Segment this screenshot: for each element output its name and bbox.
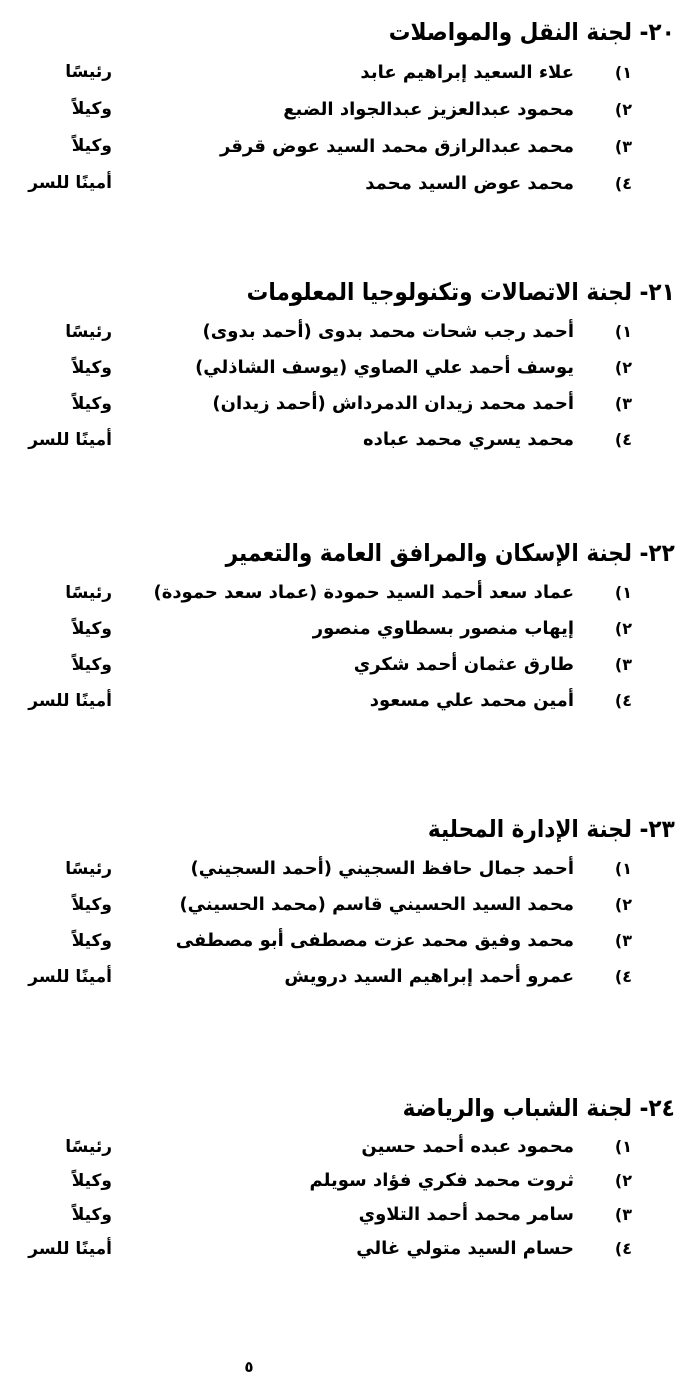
member-list: ١) علاء السعيد إبراهيم عابد رئيسًا ٢) مح… [0, 54, 700, 202]
member-role: أمينًا للسر [0, 422, 112, 458]
member-number: ٤) [574, 1232, 632, 1266]
member-name: محمد وفيق محمد عزت مصطفى أبو مصطفى [112, 923, 574, 959]
committee-section-24: ٢٤- لجنة الشباب والرياضة ١) محمود عبده أ… [0, 1090, 700, 1266]
member-name: محمد عبدالرازق محمد السيد عوض قرقر [112, 128, 574, 165]
member-number: ٤) [574, 165, 632, 202]
member-name: حسام السيد متولي غالي [112, 1232, 574, 1266]
member-name: عمرو أحمد إبراهيم السيد درويش [112, 959, 574, 995]
member-name: طارق عثمان أحمد شكري [112, 647, 574, 683]
member-name: محمود عبدالعزيز عبدالجواد الضبع [112, 91, 574, 128]
committee-title: ٢٢- لجنة الإسكان والمرافق العامة والتعمي… [70, 535, 700, 571]
member-row: ٣) محمد وفيق محمد عزت مصطفى أبو مصطفى وك… [0, 923, 700, 959]
member-number: ٤) [574, 959, 632, 995]
committee-section-22: ٢٢- لجنة الإسكان والمرافق العامة والتعمي… [0, 535, 700, 719]
member-name: أحمد رجب شحات محمد بدوى (أحمد بدوى) [112, 314, 574, 350]
member-number: ٢) [574, 1164, 632, 1198]
member-row: ٤) محمد يسري محمد عباده أمينًا للسر [0, 422, 700, 458]
member-name: أحمد جمال حافظ السجيني (أحمد السجيني) [112, 851, 574, 887]
member-role: وكيلاً [0, 1164, 112, 1198]
committee-title: ٢١- لجنة الاتصالات وتكنولوجيا المعلومات [70, 274, 700, 310]
member-row: ١) أحمد جمال حافظ السجيني (أحمد السجيني)… [0, 851, 700, 887]
member-list: ١) عماد سعد أحمد السيد حمودة (عماد سعد ح… [0, 575, 700, 719]
member-number: ٣) [574, 647, 632, 683]
member-name: أحمد محمد زيدان الدمرداش (أحمد زيدان) [112, 386, 574, 422]
member-row: ٤) أمين محمد علي مسعود أمينًا للسر [0, 683, 700, 719]
member-name: محمد عوض السيد محمد [112, 165, 574, 202]
committee-title: ٢٤- لجنة الشباب والرياضة [70, 1090, 700, 1126]
member-role: وكيلاً [0, 611, 112, 647]
member-row: ٢) إيهاب منصور بسطاوي منصور وكيلاً [0, 611, 700, 647]
member-row: ٤) حسام السيد متولي غالي أمينًا للسر [0, 1232, 700, 1266]
member-name: محمود عبده أحمد حسين [112, 1130, 574, 1164]
member-row: ٢) محمد السيد الحسيني قاسم (محمد الحسيني… [0, 887, 700, 923]
committee-section-21: ٢١- لجنة الاتصالات وتكنولوجيا المعلومات … [0, 274, 700, 458]
member-row: ١) علاء السعيد إبراهيم عابد رئيسًا [0, 54, 700, 91]
member-number: ١) [574, 851, 632, 887]
member-name: عماد سعد أحمد السيد حمودة (عماد سعد حمود… [112, 575, 574, 611]
member-row: ٣) طارق عثمان أحمد شكري وكيلاً [0, 647, 700, 683]
member-row: ٢) يوسف أحمد علي الصاوي (يوسف الشاذلي) و… [0, 350, 700, 386]
document-page: { "page": { "number": "٥", "background_c… [0, 0, 700, 1395]
member-number: ٣) [574, 128, 632, 165]
member-role: وكيلاً [0, 923, 112, 959]
member-list: ١) محمود عبده أحمد حسين رئيسًا ٢) ثروت م… [0, 1130, 700, 1266]
member-name: علاء السعيد إبراهيم عابد [112, 54, 574, 91]
member-list: ١) أحمد رجب شحات محمد بدوى (أحمد بدوى) ر… [0, 314, 700, 458]
member-number: ٣) [574, 923, 632, 959]
member-row: ١) محمود عبده أحمد حسين رئيسًا [0, 1130, 700, 1164]
member-number: ٤) [574, 422, 632, 458]
member-name: إيهاب منصور بسطاوي منصور [112, 611, 574, 647]
member-role: أمينًا للسر [0, 165, 112, 202]
member-role: رئيسًا [0, 314, 112, 350]
member-number: ٢) [574, 350, 632, 386]
member-row: ١) أحمد رجب شحات محمد بدوى (أحمد بدوى) ر… [0, 314, 700, 350]
member-row: ٣) محمد عبدالرازق محمد السيد عوض قرقر وك… [0, 128, 700, 165]
member-row: ٣) أحمد محمد زيدان الدمرداش (أحمد زيدان)… [0, 386, 700, 422]
member-row: ٣) سامر محمد أحمد التلاوي وكيلاً [0, 1198, 700, 1232]
committee-section-20: ٢٠- لجنة النقل والمواصلات ١) علاء السعيد… [0, 14, 700, 202]
member-number: ١) [574, 314, 632, 350]
member-list: ١) أحمد جمال حافظ السجيني (أحمد السجيني)… [0, 851, 700, 995]
member-name: محمد السيد الحسيني قاسم (محمد الحسيني) [112, 887, 574, 923]
member-number: ٣) [574, 386, 632, 422]
member-row: ٢) ثروت محمد فكري فؤاد سويلم وكيلاً [0, 1164, 700, 1198]
member-name: ثروت محمد فكري فؤاد سويلم [112, 1164, 574, 1198]
member-role: رئيسًا [0, 851, 112, 887]
member-number: ٢) [574, 611, 632, 647]
member-role: وكيلاً [0, 887, 112, 923]
member-role: أمينًا للسر [0, 683, 112, 719]
member-role: وكيلاً [0, 91, 112, 128]
member-number: ٤) [574, 683, 632, 719]
member-row: ٤) عمرو أحمد إبراهيم السيد درويش أمينًا … [0, 959, 700, 995]
member-name: محمد يسري محمد عباده [112, 422, 574, 458]
member-number: ١) [574, 575, 632, 611]
member-number: ٢) [574, 91, 632, 128]
member-role: أمينًا للسر [0, 1232, 112, 1266]
member-row: ٤) محمد عوض السيد محمد أمينًا للسر [0, 165, 700, 202]
committee-title: ٢٣- لجنة الإدارة المحلية [70, 811, 700, 847]
member-number: ٣) [574, 1198, 632, 1232]
member-name: سامر محمد أحمد التلاوي [112, 1198, 574, 1232]
committee-title: ٢٠- لجنة النقل والمواصلات [70, 14, 700, 50]
member-role: وكيلاً [0, 386, 112, 422]
member-role: رئيسًا [0, 54, 112, 91]
committee-section-23: ٢٣- لجنة الإدارة المحلية ١) أحمد جمال حا… [0, 811, 700, 995]
member-role: أمينًا للسر [0, 959, 112, 995]
member-role: وكيلاً [0, 1198, 112, 1232]
member-name: يوسف أحمد علي الصاوي (يوسف الشاذلي) [112, 350, 574, 386]
member-number: ١) [574, 54, 632, 91]
member-role: رئيسًا [0, 575, 112, 611]
member-number: ١) [574, 1130, 632, 1164]
member-role: وكيلاً [0, 350, 112, 386]
member-row: ٢) محمود عبدالعزيز عبدالجواد الضبع وكيلا… [0, 91, 700, 128]
member-role: وكيلاً [0, 647, 112, 683]
page-number: ٥ [236, 1358, 262, 1376]
member-row: ١) عماد سعد أحمد السيد حمودة (عماد سعد ح… [0, 575, 700, 611]
member-name: أمين محمد علي مسعود [112, 683, 574, 719]
member-role: رئيسًا [0, 1130, 112, 1164]
member-role: وكيلاً [0, 128, 112, 165]
member-number: ٢) [574, 887, 632, 923]
